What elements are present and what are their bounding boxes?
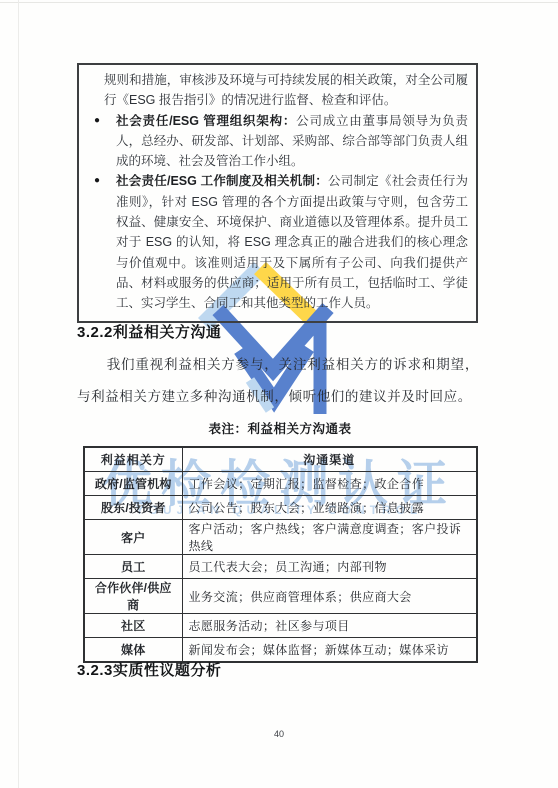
- column-header-stakeholder: 利益相关方: [84, 447, 182, 472]
- channel-cell: 新闻发布会；媒体监督；新媒体互动；媒体采访: [182, 638, 477, 663]
- channel-cell: 工作会议；定期汇报；监督检查；政企合作: [182, 472, 477, 496]
- bullet-icon: ●: [94, 111, 100, 131]
- page-content: 规则和措施，审核涉及环境与可持续发展的相关政策，对全公司履行《ESG 报告指引》…: [0, 0, 558, 788]
- channel-cell: 业务交流；供应商管理体系；供应商大会: [182, 579, 477, 614]
- bullet-title: 社会责任/ESG 管理组织架构：: [116, 114, 296, 128]
- table-caption: 表注：利益相关方沟通表: [80, 419, 480, 437]
- bullet-item-work-mechanism: ● 社会责任/ESG 工作制度及相关机制：公司制定《社会责任行为准则》，针对 E…: [83, 171, 468, 313]
- stakeholder-cell: 合作伙伴/供应商: [84, 579, 182, 614]
- stakeholder-cell: 员工: [84, 555, 182, 579]
- table-header-row: 利益相关方 沟通渠道: [84, 447, 477, 472]
- bullet-title: 社会责任/ESG 工作制度及相关机制：: [116, 174, 328, 188]
- stakeholder-cell: 股东/投资者: [84, 496, 182, 520]
- table-row: 社区 志愿服务活动；社区参与项目: [84, 614, 477, 638]
- channel-cell: 客户活动；客户热线；客户满意度调查；客户投诉热线: [182, 520, 477, 555]
- table-row: 股东/投资者 公司公告；股东大会；业绩路演；信息披露: [84, 496, 477, 520]
- stakeholder-cell: 政府/监管机构: [84, 472, 182, 496]
- table-row: 客户 客户活动；客户热线；客户满意度调查；客户投诉热线: [84, 520, 477, 555]
- section-heading-323: 3.2.3实质性议题分析: [77, 659, 221, 680]
- section-heading-322: 3.2.2利益相关方沟通: [77, 321, 221, 342]
- box-intro-paragraph: 规则和措施，审核涉及环境与可持续发展的相关政策，对全公司履行《ESG 报告指引》…: [83, 70, 468, 111]
- stakeholder-cell: 客户: [84, 520, 182, 555]
- channel-cell: 公司公告；股东大会；业绩路演；信息披露: [182, 496, 477, 520]
- table-row: 员工 员工代表大会；员工沟通；内部刊物: [84, 555, 477, 579]
- section-322-paragraph: 我们重视利益相关方参与，关注利益相关方的诉求和期望，与利益相关方建立多种沟通机制…: [77, 349, 479, 413]
- bullet-icon: ●: [94, 171, 100, 191]
- table-row: 政府/监管机构 工作会议；定期汇报；监督检查；政企合作: [84, 472, 477, 496]
- channel-cell: 志愿服务活动；社区参与项目: [182, 614, 477, 638]
- column-header-channel: 沟通渠道: [182, 447, 477, 472]
- bullet-item-org-structure: ● 社会责任/ESG 管理组织架构：公司成立由董事局领导为负责人，总经办、研发部…: [83, 111, 468, 172]
- esg-governance-box: 规则和措施，审核涉及环境与可持续发展的相关政策，对全公司履行《ESG 报告指引》…: [77, 63, 478, 323]
- document-page: 优检检测认证 YOUJIAN QUALITY CONTROL 规则和措施，审核涉…: [0, 0, 558, 788]
- stakeholder-communication-table: 利益相关方 沟通渠道 政府/监管机构 工作会议；定期汇报；监督检查；政企合作 股…: [83, 446, 478, 663]
- channel-cell: 员工代表大会；员工沟通；内部刊物: [182, 555, 477, 579]
- table-row: 合作伙伴/供应商 业务交流；供应商管理体系；供应商大会: [84, 579, 477, 614]
- stakeholder-cell: 社区: [84, 614, 182, 638]
- bullet-body: 公司制定《社会责任行为准则》，针对 ESG 管理的各个方面提出政策与守则，包含劳…: [116, 174, 468, 310]
- page-number: 40: [0, 729, 558, 739]
